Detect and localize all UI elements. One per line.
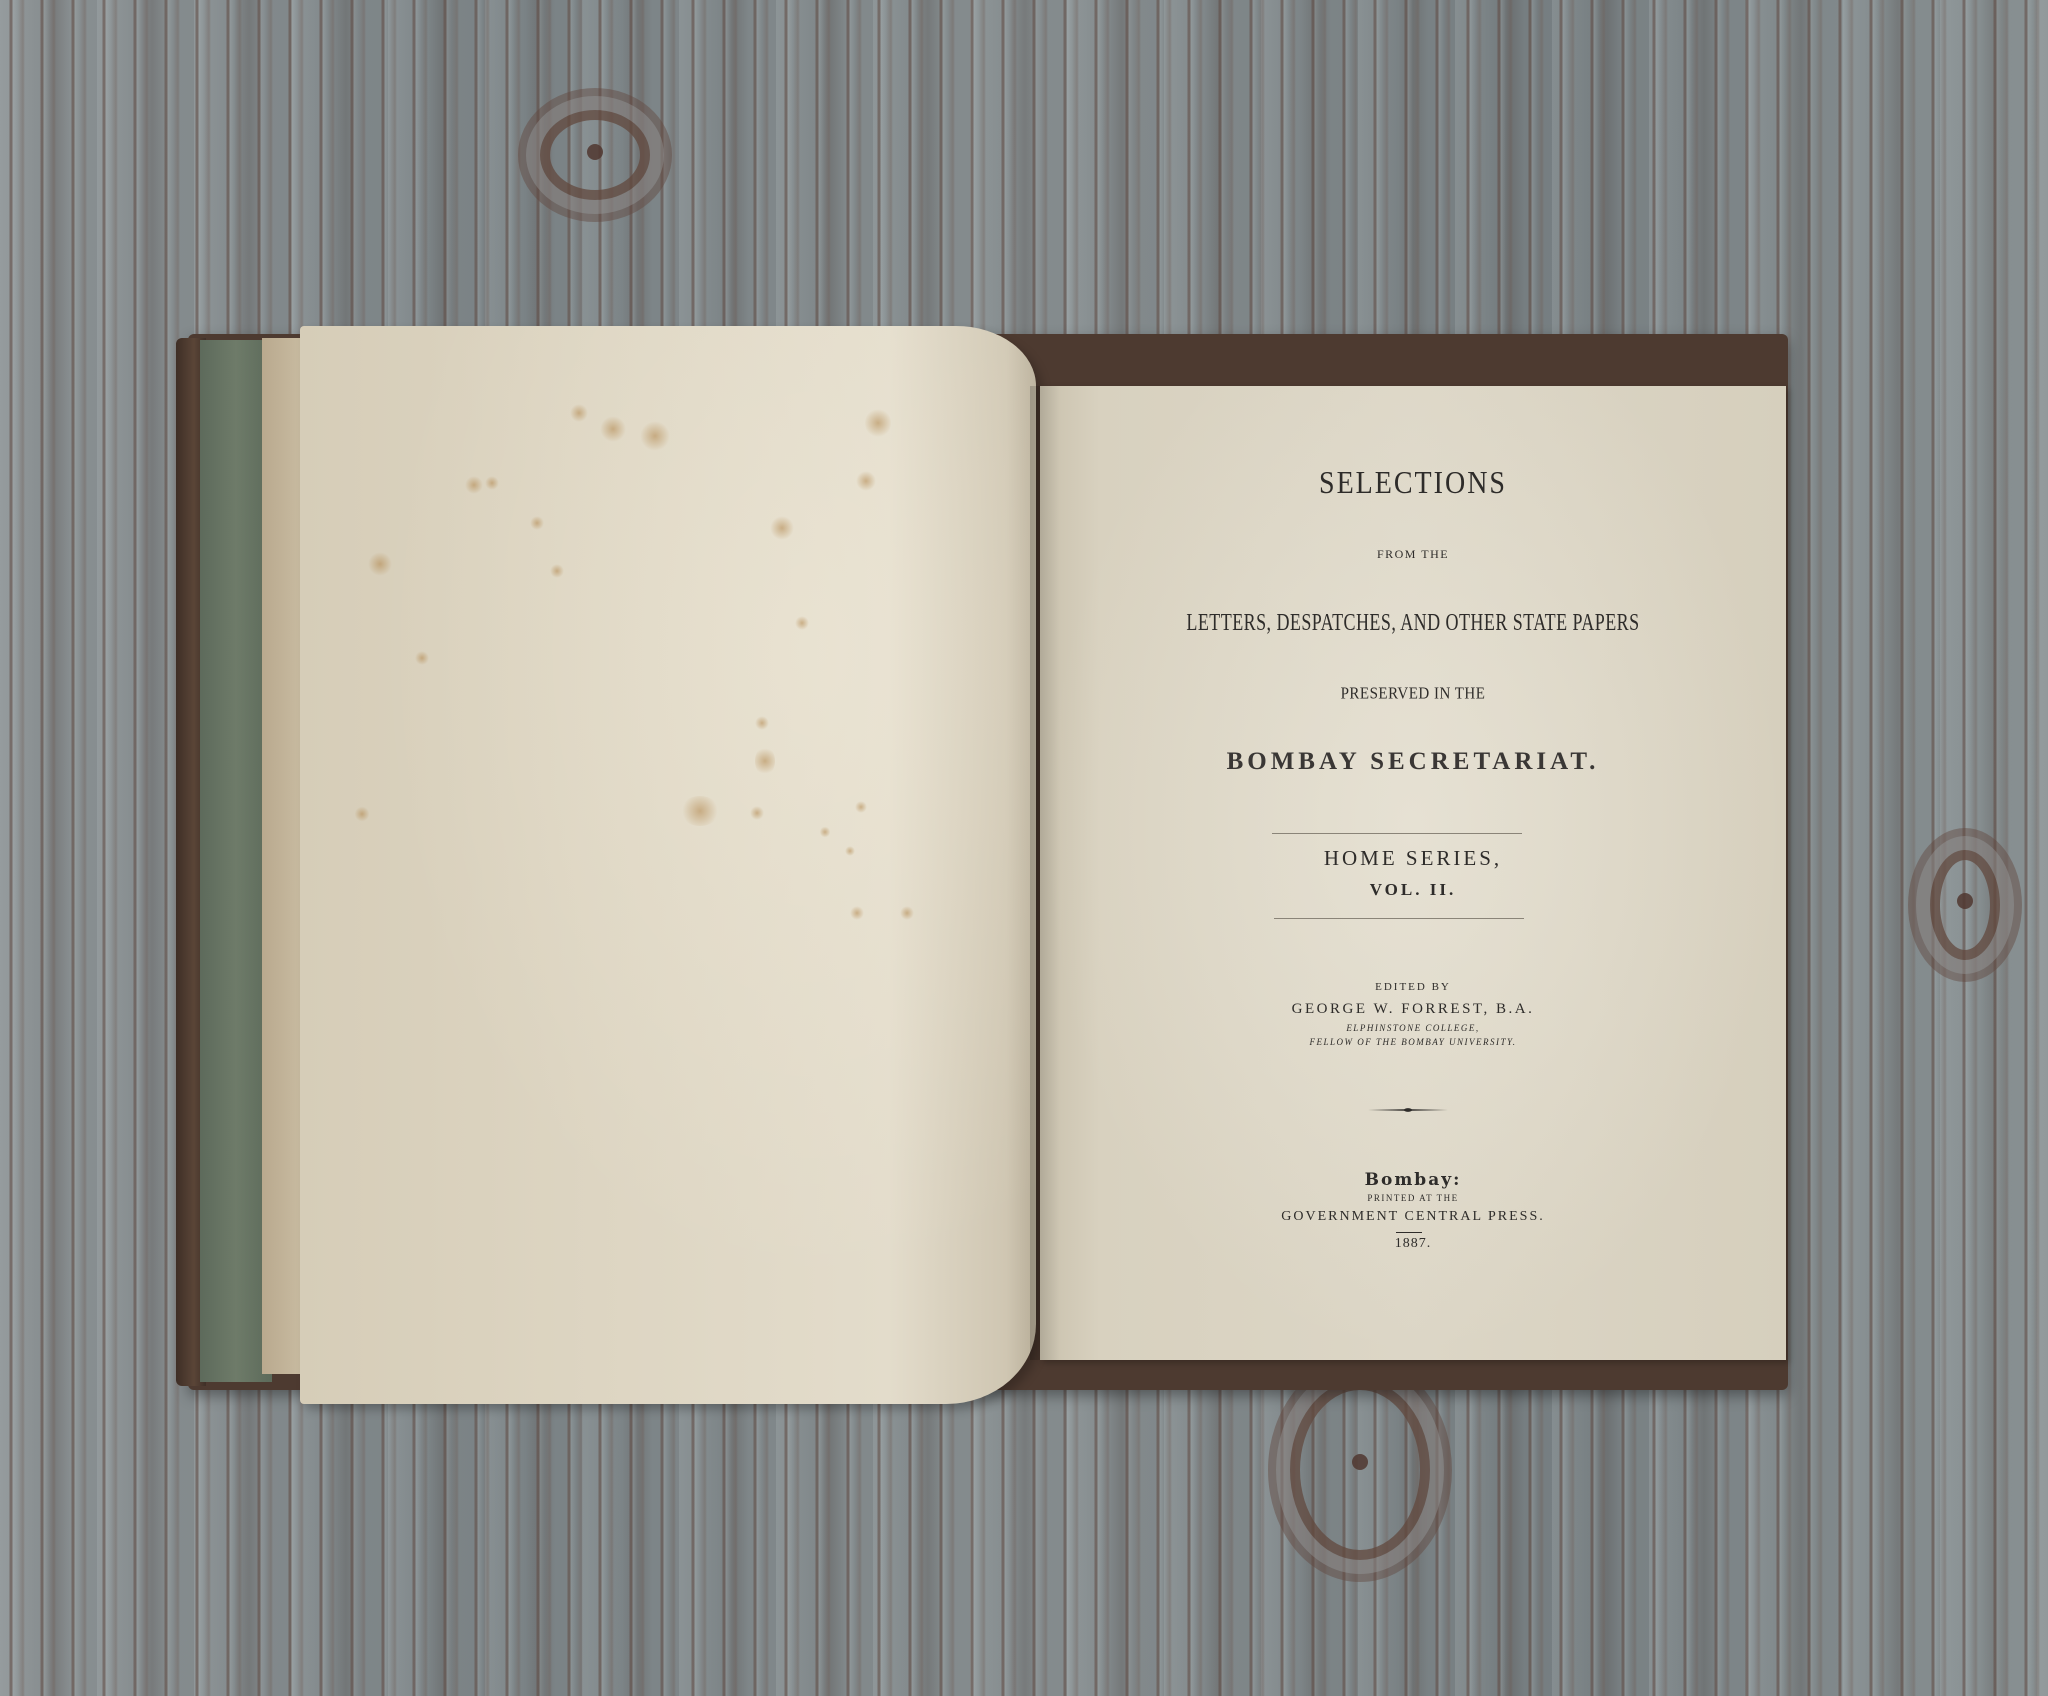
editor-affiliation-college: ELPHINSTONE COLLEGE, bbox=[1040, 1023, 1786, 1033]
foxing-spot bbox=[550, 564, 564, 578]
foxing-spot bbox=[865, 408, 891, 438]
foxing-spot bbox=[850, 906, 864, 920]
series-label: HOME SERIES, bbox=[1040, 846, 1786, 871]
foxing-spot bbox=[750, 806, 764, 820]
printer-name: GOVERNMENT CENTRAL PRESS. bbox=[1040, 1209, 1786, 1225]
foxing-spot bbox=[680, 796, 720, 826]
volume-label: VOL. II. bbox=[1040, 880, 1786, 900]
foxing-spot bbox=[368, 552, 392, 576]
ornament-divider-icon bbox=[1368, 1107, 1448, 1113]
wood-knot-right bbox=[1930, 850, 2000, 960]
rule-top bbox=[1272, 833, 1522, 834]
from-the-line: FROM THE bbox=[1040, 547, 1786, 562]
foxing-spot bbox=[855, 801, 867, 813]
rule-bottom bbox=[1274, 918, 1524, 919]
foxing-spot bbox=[755, 716, 769, 730]
subtitle-letters: LETTERS, DESPATCHES, AND OTHER STATE PAP… bbox=[1077, 610, 1748, 638]
foxing-spot bbox=[845, 846, 855, 856]
institution-name: BOMBAY SECRETARIAT. bbox=[1040, 748, 1786, 776]
printed-at-line: PRINTED AT THE bbox=[1040, 1193, 1786, 1203]
foxing-spot bbox=[820, 826, 830, 838]
foxing-spot bbox=[900, 906, 914, 920]
foxing-spot bbox=[415, 651, 429, 665]
blank-left-page bbox=[300, 326, 1036, 1404]
wood-knot-upper bbox=[540, 110, 650, 200]
foxing-spot bbox=[485, 476, 499, 490]
publication-year: 1887. bbox=[1040, 1236, 1786, 1252]
foxing-spot bbox=[856, 471, 876, 491]
foxing-spot bbox=[355, 806, 369, 822]
title-selections: SELECTIONS bbox=[1040, 466, 1786, 503]
foxing-spot bbox=[530, 516, 544, 530]
foxing-spot bbox=[755, 746, 775, 776]
edited-by-label: EDITED BY bbox=[1040, 981, 1786, 993]
foxing-spot bbox=[795, 616, 809, 630]
editor-name: GEORGE W. FORREST, B.A. bbox=[1040, 1001, 1786, 1018]
foxing-spot bbox=[570, 404, 588, 422]
rule-year bbox=[1396, 1232, 1422, 1233]
preserved-line: PRESERVED IN THE bbox=[1040, 685, 1786, 705]
editor-affiliation-university: FELLOW OF THE BOMBAY UNIVERSITY. bbox=[1040, 1037, 1786, 1047]
foxing-spot bbox=[640, 421, 670, 451]
foxing-spot bbox=[465, 476, 483, 494]
foxing-spot bbox=[770, 516, 794, 540]
wood-knot-lower bbox=[1290, 1380, 1430, 1560]
foxing-spot bbox=[600, 416, 626, 442]
imprint-place: Bombay: bbox=[1040, 1170, 1786, 1190]
